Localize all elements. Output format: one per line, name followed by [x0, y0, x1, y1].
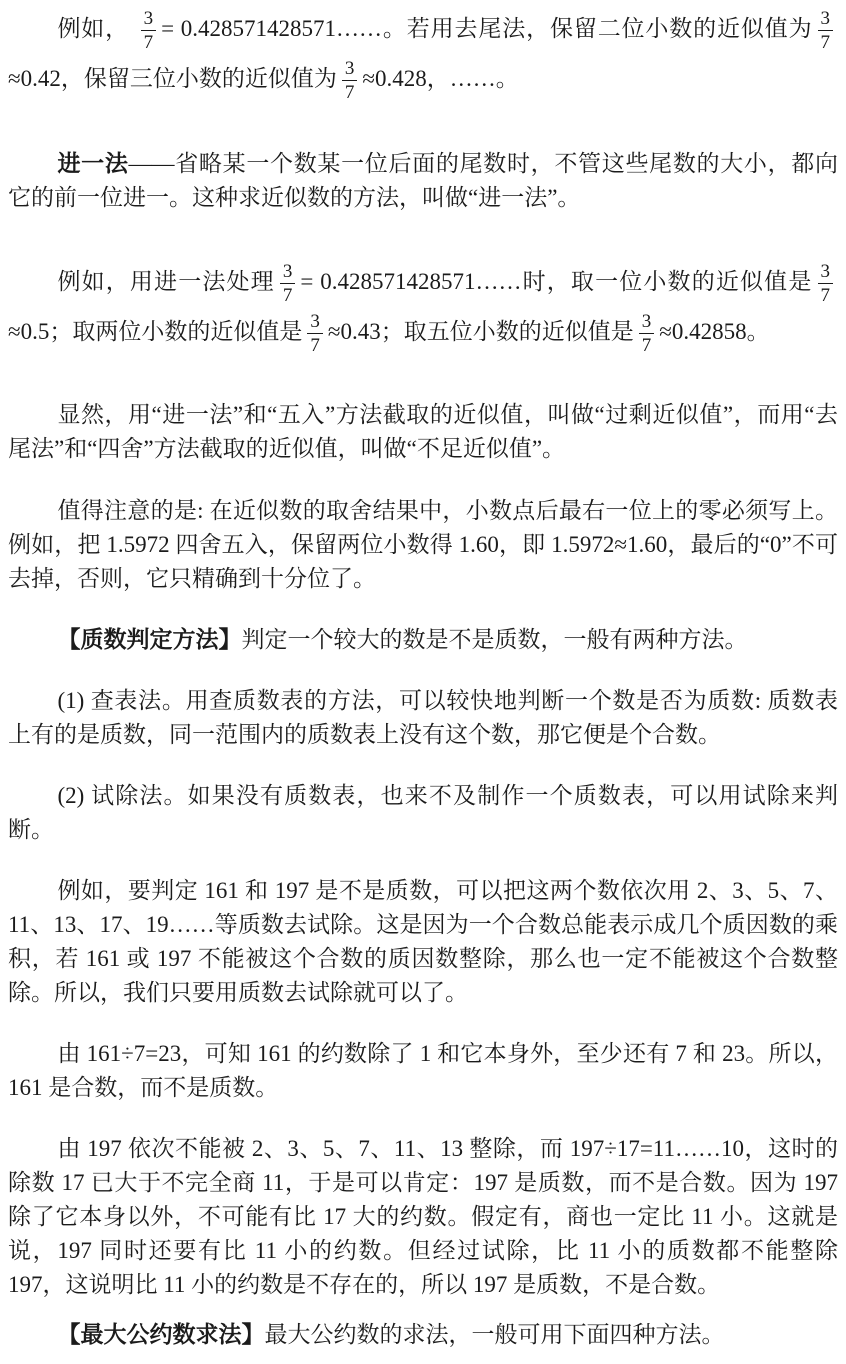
- paragraph-chabiaofa: (1) 查表法。用查质数表的方法，可以较快地判断一个数是否为质数: 质数表上有的…: [8, 684, 838, 752]
- fraction: 37: [639, 311, 655, 357]
- text-run: 由 161÷7=23，可知 161 的约数除了 1 和它本身外，至少还有 7 和…: [8, 1041, 838, 1100]
- text-run: ——省略某一个数某一位后面的尾数时，不管这些尾数的大小，都向它的前一位进一。这种…: [8, 151, 838, 210]
- fraction-denominator: 7: [283, 284, 293, 306]
- fraction-denominator: 7: [144, 31, 154, 53]
- fraction-numerator: 3: [141, 8, 157, 31]
- fraction: 37: [818, 261, 834, 307]
- bold-text-run: 【质数判定方法】: [57, 627, 241, 652]
- fraction-denominator: 7: [821, 284, 831, 306]
- fraction-denominator: 7: [345, 81, 355, 103]
- fraction: 37: [342, 58, 358, 104]
- paragraph-shichufa: (2) 试除法。如果没有质数表，也来不及制作一个质数表，可以用试除来判断。: [8, 779, 838, 847]
- text-run: (1) 查表法。用查质数表的方法，可以较快地判断一个数是否为质数: 质数表上有的…: [8, 688, 838, 747]
- bold-text-run: 【最大公约数求法】: [57, 1322, 264, 1347]
- paragraph-quwei-example: 例如， 37= 0.428571428571……。若用去尾法，保留二位小数的近似…: [8, 6, 838, 105]
- text-run: (2) 试除法。如果没有质数表，也来不及制作一个质数表，可以用试除来判断。: [8, 783, 838, 842]
- text-run: 由 197 依次不能被 2、3、5、7、11、13 整除，而 197÷17=11…: [8, 1136, 838, 1297]
- text-run: = 0.428571428571……时，取一位小数的近似值是: [300, 269, 812, 294]
- fraction-numerator: 3: [307, 311, 323, 334]
- text-run: 例如，: [57, 16, 135, 41]
- text-run: = 0.428571428571……。若用去尾法，保留二位小数的近似值为: [161, 16, 812, 41]
- paragraph-197-analysis: 由 197 依次不能被 2、3、5、7、11、13 整除，而 197÷17=11…: [8, 1132, 838, 1302]
- text-run: ≈0.42，保留三位小数的近似值为: [8, 66, 337, 91]
- bold-text-run: 进一法: [57, 151, 128, 176]
- paragraph-zuida-gongyueshu-heading: 【最大公约数求法】最大公约数的求法，一般可用下面四种方法。: [8, 1318, 838, 1352]
- paragraph-zhide-zhuyi: 值得注意的是: 在近似数的取舍结果中，小数点后最右一位上的零必须写上。例如，把 …: [8, 494, 838, 596]
- fraction: 37: [141, 8, 157, 54]
- fraction-numerator: 3: [342, 58, 358, 81]
- paragraph-shichufa-example: 例如，要判定 161 和 197 是不是质数，可以把这两个数依次用 2、3、5、…: [8, 874, 838, 1010]
- fraction-denominator: 7: [310, 334, 320, 356]
- paragraph-zhishu-panding-heading: 【质数判定方法】判定一个较大的数是不是质数，一般有两种方法。: [8, 623, 838, 657]
- fraction-numerator: 3: [280, 261, 296, 284]
- text-run: 判定一个较大的数是不是质数，一般有两种方法。: [241, 627, 747, 652]
- fraction-denominator: 7: [642, 334, 652, 356]
- fraction-numerator: 3: [818, 8, 834, 31]
- paragraph-161-analysis: 由 161÷7=23，可知 161 的约数除了 1 和它本身外，至少还有 7 和…: [8, 1037, 838, 1105]
- text-run: 例如，要判定 161 和 197 是不是质数，可以把这两个数依次用 2、3、5、…: [8, 878, 838, 1005]
- fraction: 37: [280, 261, 296, 307]
- text-run: 例如，用进一法处理: [57, 269, 274, 294]
- text-run: ≈0.5；取两位小数的近似值是: [8, 319, 302, 344]
- fraction: 37: [818, 8, 834, 54]
- paragraph-jinyifa-definition: 进一法——省略某一个数某一位后面的尾数时，不管这些尾数的大小，都向它的前一位进一…: [8, 147, 838, 215]
- paragraph-xianran: 显然，用“进一法”和“五入”方法截取的近似值，叫做“过剩近似值”，而用“去尾法”…: [8, 398, 838, 466]
- text-run: 显然，用“进一法”和“五入”方法截取的近似值，叫做“过剩近似值”，而用“去尾法”…: [8, 402, 838, 461]
- text-run: ≈0.43；取五位小数的近似值是: [328, 319, 634, 344]
- fraction-numerator: 3: [639, 311, 655, 334]
- text-run: ≈0.42858。: [659, 319, 769, 344]
- document-content: 例如， 37= 0.428571428571……。若用去尾法，保留二位小数的近似…: [8, 6, 838, 1352]
- fraction-denominator: 7: [821, 31, 831, 53]
- paragraph-jinyifa-example: 例如，用进一法处理37= 0.428571428571……时，取一位小数的近似值…: [8, 259, 838, 358]
- fraction-numerator: 3: [818, 261, 834, 284]
- text-run: ≈0.428，……。: [362, 66, 518, 91]
- text-run: 最大公约数的求法，一般可用下面四种方法。: [264, 1322, 724, 1347]
- text-run: 值得注意的是: 在近似数的取舍结果中，小数点后最右一位上的零必须写上。例如，把 …: [8, 498, 838, 591]
- document-page: 例如， 37= 0.428571428571……。若用去尾法，保留二位小数的近似…: [0, 0, 846, 1364]
- fraction: 37: [307, 311, 323, 357]
